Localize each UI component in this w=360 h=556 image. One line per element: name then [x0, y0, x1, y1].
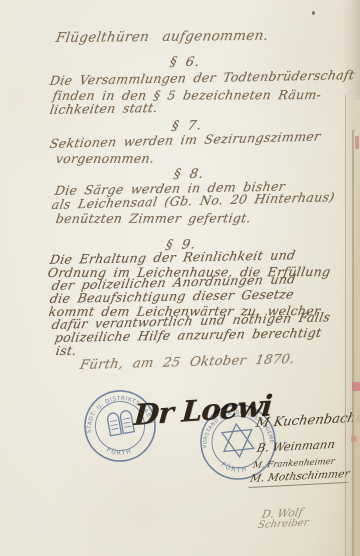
- section-7-line: Sektionen werden im Sezirungszimmer: [49, 128, 322, 151]
- page-edge-line: [345, 95, 346, 556]
- page-edge-line: [352, 130, 354, 556]
- section-6-line: lichkeiten statt.: [49, 100, 159, 117]
- red-edge-mark: [351, 436, 357, 442]
- rabbinate-stamp-bottom-text: FÜRTH: [104, 442, 133, 459]
- ink-speck: [312, 11, 315, 15]
- community-stamp-bottom-text: FÜRTH: [219, 458, 249, 476]
- svg-text:FÜRTH: FÜRTH: [219, 458, 249, 476]
- tablets-icon: [107, 410, 134, 436]
- section-9-line: ist.: [55, 343, 78, 358]
- adjacent-page-edge: [353, 100, 360, 556]
- manuscript-page: Flügelthüren aufgenommen. § 6. Die Versa…: [0, 0, 360, 556]
- signature-line: Schreiber: [257, 517, 310, 531]
- section-7-line: vorgenommen.: [55, 151, 156, 166]
- section-6-line: Die Versammlungen der Todtenbrüderschaft: [49, 67, 356, 88]
- signature-line: B. Weinmann: [256, 437, 337, 455]
- red-edge-mark: [352, 382, 360, 391]
- date-line: Fürth, am 25 Oktober 1870.: [79, 352, 296, 373]
- svg-text:FÜRTH: FÜRTH: [104, 442, 133, 459]
- section-8-line: benützten Zimmer gefertigt.: [55, 210, 252, 226]
- section-6-heading: § 6.: [169, 55, 201, 70]
- star-of-david-icon: [221, 423, 254, 459]
- opening-line: Flügelthüren aufgenommen.: [55, 28, 270, 46]
- red-edge-mark: [355, 136, 359, 149]
